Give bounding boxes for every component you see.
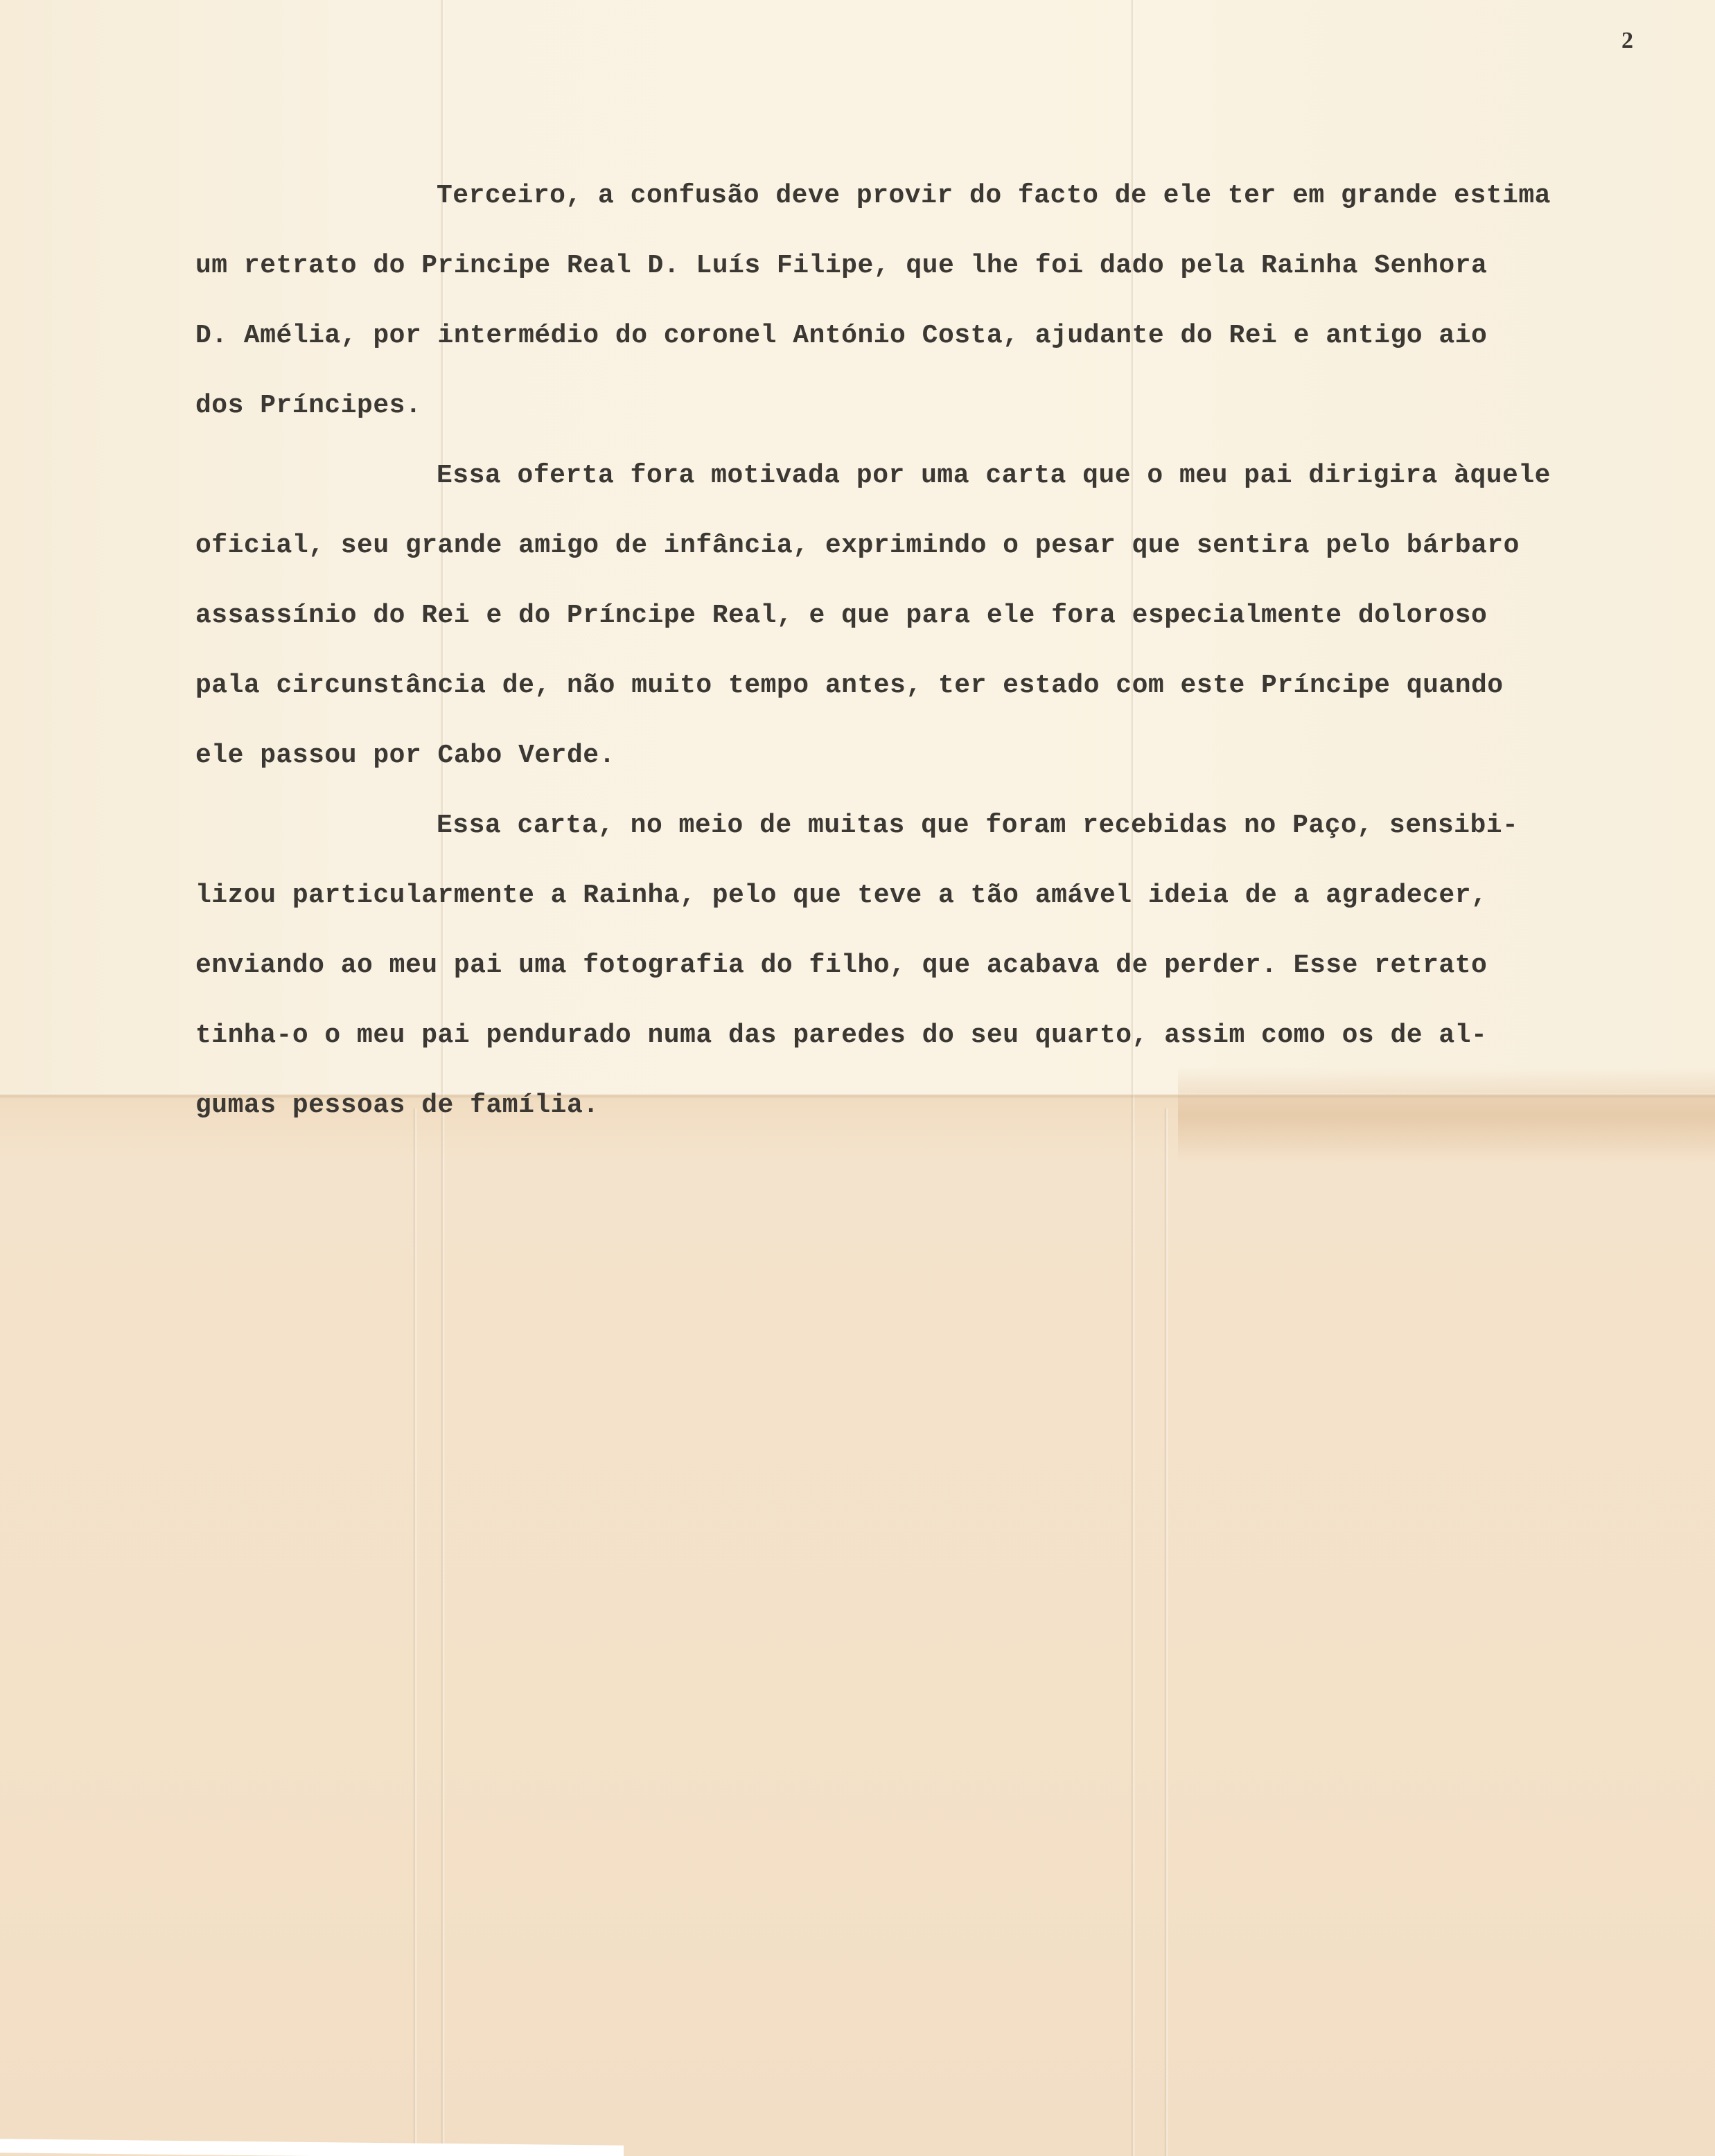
- paper-lower-panel: [0, 1095, 1715, 2156]
- text-line: Terceiro, a confusão deve provir do fact…: [195, 161, 1623, 231]
- text-line: D. Amélia, por intermédio do coronel Ant…: [195, 301, 1623, 371]
- text-line: lizou particularmente a Rainha, pelo que…: [195, 860, 1623, 930]
- fold-line: [413, 1108, 417, 2156]
- text-line: Essa carta, no meio de muitas que foram …: [195, 790, 1623, 860]
- typed-body: Terceiro, a confusão deve provir do fact…: [195, 161, 1623, 1140]
- text-line: oficial, seu grande amigo de infância, e…: [195, 511, 1623, 581]
- page-number: 2: [1621, 28, 1633, 54]
- text-line: assassínio do Rei e do Príncipe Real, e …: [195, 581, 1623, 651]
- text-line: um retrato do Principe Real D. Luís Fili…: [195, 231, 1623, 301]
- text-line: tinha-o o meu pai pendurado numa das par…: [195, 1000, 1623, 1070]
- text-line: dos Príncipes.: [195, 371, 1623, 441]
- text-line: ele passou por Cabo Verde.: [195, 721, 1623, 790]
- text-line: Essa oferta fora motivada por uma carta …: [195, 441, 1623, 511]
- fold-line: [1164, 1108, 1168, 2156]
- letter-page: 2 Terceiro, a confusão deve provir do fa…: [0, 0, 1715, 2156]
- text-line: gumas pessoas de família.: [195, 1070, 1623, 1140]
- text-line: enviando ao meu pai uma fotografia do fi…: [195, 930, 1623, 1000]
- text-line: pala circunstância de, não muito tempo a…: [195, 651, 1623, 721]
